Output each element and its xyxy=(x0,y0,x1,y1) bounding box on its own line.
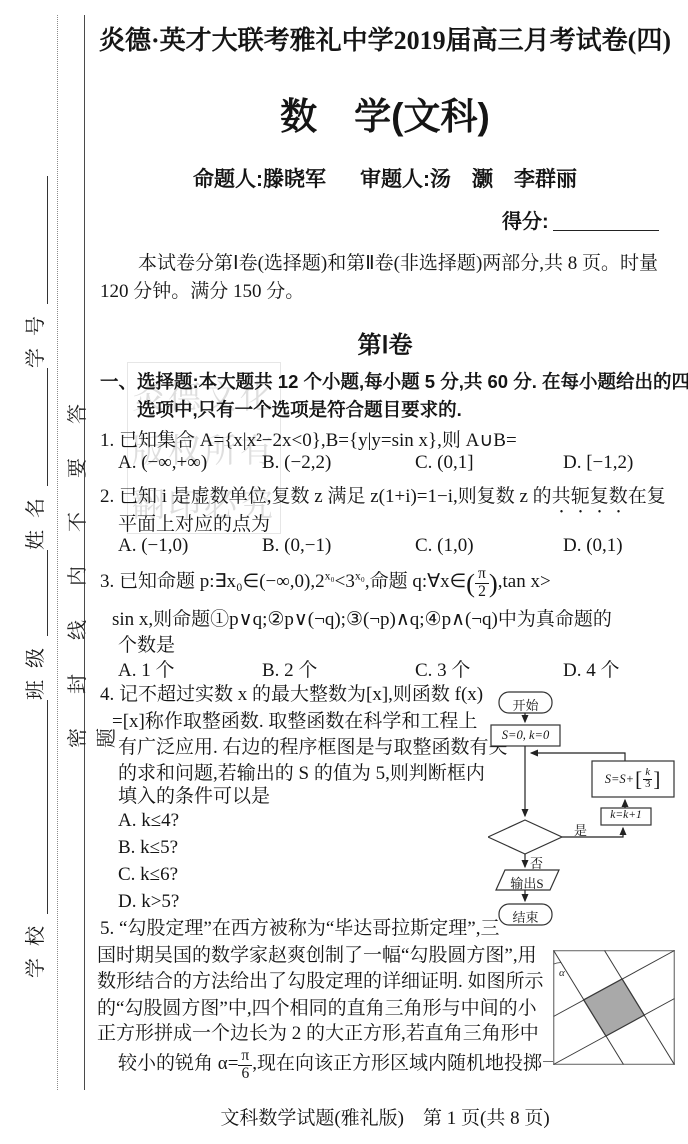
seal-dotted-line xyxy=(57,15,58,1090)
q3-exponent-2: x₀ xyxy=(355,570,365,583)
q4-option-b: B. k≤5? xyxy=(118,837,178,859)
flowchart-yes-label: 是 xyxy=(574,820,587,839)
q1-stem: 1. 已知集合 A={x|x²−2x<0},B={y|y=sin x},则 A∪… xyxy=(100,425,517,452)
q4-option-a: A. k≤4? xyxy=(118,810,179,832)
exam-series: 炎德·英才大联考 xyxy=(99,26,290,55)
class-field-blank xyxy=(29,550,48,636)
q1-option-c: C. (0,1] xyxy=(415,452,563,474)
flowchart-sum-numerator: k xyxy=(643,768,652,779)
seal-warning-text: 密封线内不要答题 xyxy=(61,328,85,748)
setters-row: 命题人:滕晓军 审题人:汤 灏 李群丽 xyxy=(90,163,680,193)
q3-option-c: C. 3 个 xyxy=(415,655,563,682)
q1-option-d: D. [−1,2) xyxy=(563,452,633,474)
flowchart-sum-label: S=S+[k3] xyxy=(592,761,674,797)
flowchart-sum-fraction: k3 xyxy=(643,768,652,790)
subject-title: 数 学(文科) xyxy=(90,86,680,140)
q5-fraction-denominator: 6 xyxy=(238,1065,252,1082)
q3-l1-part3: ,命题 q:∀x∈ xyxy=(365,571,466,592)
flowchart-sum-denominator: 3 xyxy=(643,779,652,791)
flowchart-sum-close-bracket: ] xyxy=(653,767,660,792)
section-title: 第Ⅰ卷 xyxy=(90,325,680,360)
exam-paper-page: 炎德文化 版权所有 翻印必究 学校 班级 姓名 学号 密封线内不要答题 炎德·英… xyxy=(0,0,688,1144)
seal-fields-row: 学校 班级 姓名 学号 xyxy=(24,116,48,978)
q5-fraction-numerator: π xyxy=(238,1048,252,1064)
q3-option-a: A. 1 个 xyxy=(118,655,262,682)
q4-stem-line-3: 有广泛应用. 右边的程序框图是与取整函数有关 xyxy=(118,732,508,759)
flowchart-sum-pre: S=S+ xyxy=(605,772,634,787)
q3-stem-line-3: 个数是 xyxy=(118,630,175,657)
q3-option-d: D. 4 个 xyxy=(563,655,619,682)
flowchart-sum-open-bracket: [ xyxy=(635,767,642,792)
q4-stem-line-1: 4. 记不超过实数 x 的最大整数为[x],则函数 f(x) xyxy=(100,679,483,706)
q5-figure-graphic: α xyxy=(553,950,675,1065)
q3-l1-part1: 3. 已知命题 p:∃x₀∈(−∞,0),2 xyxy=(100,571,325,592)
q4-flowchart: 开始 S=0, k=0 S=S+[k3] k=k+1 是 否 输出S 结束 xyxy=(488,686,688,938)
q1-option-a: A. (−∞,+∞) xyxy=(118,452,262,474)
q5-fraction: π6 xyxy=(238,1048,252,1082)
flowchart-no-label: 否 xyxy=(530,853,543,872)
q3-fraction-denominator: 2 xyxy=(475,583,489,600)
q2-options: A. (−1,0) B. (0,−1) C. (1,0) D. (0,1) xyxy=(118,535,623,557)
flowchart-graphic xyxy=(488,686,688,938)
flowchart-start-label: 开始 xyxy=(499,695,552,714)
q1-options: A. (−∞,+∞) B. (−2,2) C. (0,1] D. [−1,2) xyxy=(118,452,633,474)
q5-figure-alpha-label: α xyxy=(559,968,565,979)
intro-line-2: 120 分钟。满分 150 分。 xyxy=(100,276,304,303)
q4-option-d: D. k>5? xyxy=(118,891,179,913)
q5-stem-line-2: 国时期吴国的数学家赵爽创制了一幅“勾股圆方图”,用 xyxy=(97,940,537,967)
school-field-blank xyxy=(29,700,48,914)
student-id-field-label: 学号 xyxy=(19,304,48,368)
q2-option-b: B. (0,−1) xyxy=(262,535,415,557)
page-footer: 文科数学试题(雅礼版) 第 1 页(共 8 页) xyxy=(90,1103,680,1130)
q1-option-b: B. (−2,2) xyxy=(262,452,415,474)
q5-stem-line-6: 较小的锐角 α=π6,现在向该正方形区域内随机地投掷一 xyxy=(118,1048,561,1082)
intro-line-1: 本试卷分第Ⅰ卷(选择题)和第Ⅱ卷(非选择题)两部分,共 8 页。时量 xyxy=(138,248,658,275)
instruction-line-2: 选项中,只有一个选项是符合题目要求的. xyxy=(137,396,462,422)
q3-paren-close: ) xyxy=(489,568,498,598)
exam-title: 雅礼中学2019届高三月考试卷(四) xyxy=(290,26,671,55)
q3-paren-open: ( xyxy=(466,568,475,598)
name-field-blank xyxy=(29,368,48,486)
flowchart-end-label: 结束 xyxy=(499,907,552,926)
q5-l6-part2: ,现在向该正方形区域内随机地投掷一 xyxy=(252,1053,561,1074)
q2-stem-emphasis: 共轭复数 xyxy=(552,486,628,507)
q5-pythagoras-figure: α xyxy=(553,950,675,1065)
q4-stem-line-2: =[x]称作取整函数. 取整函数在科学和工程上 xyxy=(112,706,477,733)
score-label: 得分: xyxy=(502,205,549,234)
q4-option-c: C. k≤6? xyxy=(118,864,178,886)
q5-stem-line-4: 的“勾股圆方图”中,四个相同的直角三角形与中间的小 xyxy=(97,993,537,1020)
q3-options: A. 1 个 B. 2 个 C. 3 个 D. 4 个 xyxy=(118,655,619,682)
setter-name: 命题人:滕晓军 xyxy=(193,163,326,193)
q2-option-a: A. (−1,0) xyxy=(118,535,262,557)
instruction-line-1: 一、选择题:本大题共 12 个小题,每小题 5 分,共 60 分. 在每小题给出… xyxy=(100,368,688,394)
q5-stem-line-5: 正方形拼成一个边长为 2 的大正方形,若直角三角形中 xyxy=(97,1018,539,1045)
q2-stem-part1: 2. 已知 i 是虚数单位,复数 z 满足 z(1+i)=1−i,则复数 z 的 xyxy=(100,486,552,507)
class-field-label: 班级 xyxy=(19,636,48,700)
name-field-label: 姓名 xyxy=(19,486,48,550)
q5-stem-line-1: 5. “勾股定理”在西方被称为“毕达哥拉斯定理”,三 xyxy=(100,913,499,940)
q3-stem-line-2: sin x,则命题①p∨q;②p∨(¬q);③(¬p)∧q;④p∧(¬q)中为真… xyxy=(112,604,612,631)
reviewer-names: 审题人:汤 灏 李群丽 xyxy=(360,163,577,193)
student-id-field-blank xyxy=(29,176,48,304)
flowchart-init-label: S=0, k=0 xyxy=(491,728,560,743)
flowchart-increment-label: k=k+1 xyxy=(601,809,651,821)
flowchart-output-label: 输出S xyxy=(496,873,558,892)
q2-stem-part2: 在复 xyxy=(628,486,666,507)
q5-l6-part1: 较小的锐角 α= xyxy=(118,1053,238,1074)
q3-option-b: B. 2 个 xyxy=(262,655,415,682)
q3-l1-part2: <3 xyxy=(335,571,355,592)
q4-stem-line-5: 填入的条件可以是 xyxy=(118,781,270,808)
q2-option-d: D. (0,1) xyxy=(563,535,623,557)
q3-fraction-numerator: π xyxy=(475,566,489,582)
score-blank-line xyxy=(553,208,659,231)
q3-exponent-1: x₀ xyxy=(325,570,335,583)
q3-fraction: π2 xyxy=(475,566,489,600)
q2-stem-line-2: 平面上对应的点为 xyxy=(118,509,270,536)
q3-l1-part4: ,tan x> xyxy=(498,571,551,592)
q3-stem-line-1: 3. 已知命题 p:∃x₀∈(−∞,0),2x₀<3x₀,命题 q:∀x∈(π2… xyxy=(100,566,551,600)
q5-stem-line-3: 数形结合的方法给出了勾股定理的详细证明. 如图所示 xyxy=(97,966,544,993)
q2-option-c: C. (1,0) xyxy=(415,535,563,557)
exam-header: 炎德·英才大联考雅礼中学2019届高三月考试卷(四) xyxy=(90,20,680,57)
school-field-label: 学校 xyxy=(19,914,48,978)
